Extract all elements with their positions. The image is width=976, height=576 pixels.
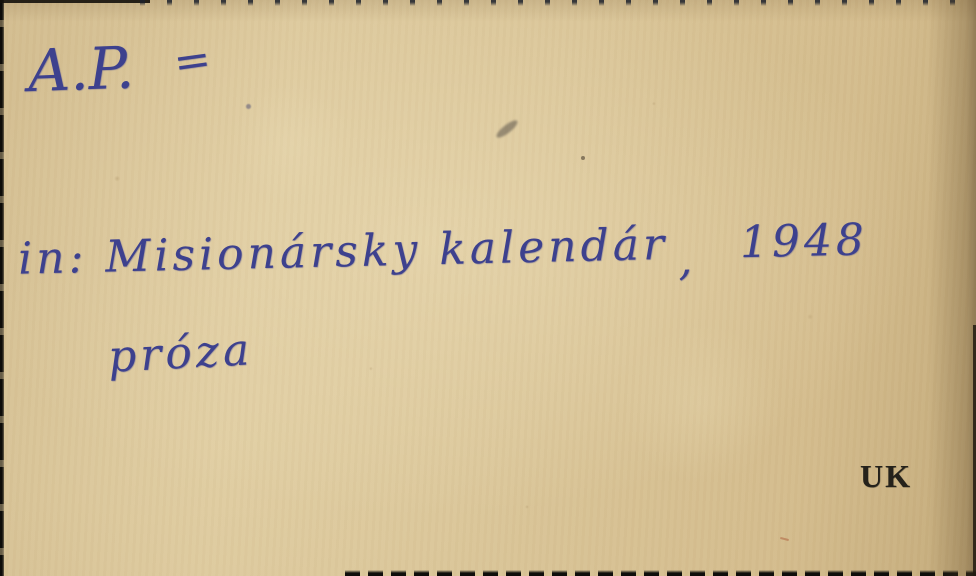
genre-text: próza: [107, 324, 255, 383]
year-text: 1948: [739, 214, 868, 268]
trailing-ink-dot: [246, 104, 251, 109]
scan-edge-top-bar: [0, 0, 150, 3]
card-heading: A.P.=: [27, 31, 212, 105]
scan-edge-bottom-teeth: [345, 570, 976, 576]
paper-speck: [581, 156, 585, 160]
in-label: in:: [18, 232, 88, 285]
comma-mark: ,: [678, 234, 697, 285]
equals-sign: =: [170, 33, 214, 89]
scan-shadow-right: [928, 0, 976, 576]
scan-edge-top-teeth: [140, 0, 976, 6]
scan-edge-left: [0, 0, 4, 576]
library-stamp: UK: [860, 458, 912, 495]
abbreviation-text: A.P.: [27, 34, 135, 106]
index-card: A.P.= in:Misionársky kalendár,1948 próza…: [0, 0, 976, 576]
